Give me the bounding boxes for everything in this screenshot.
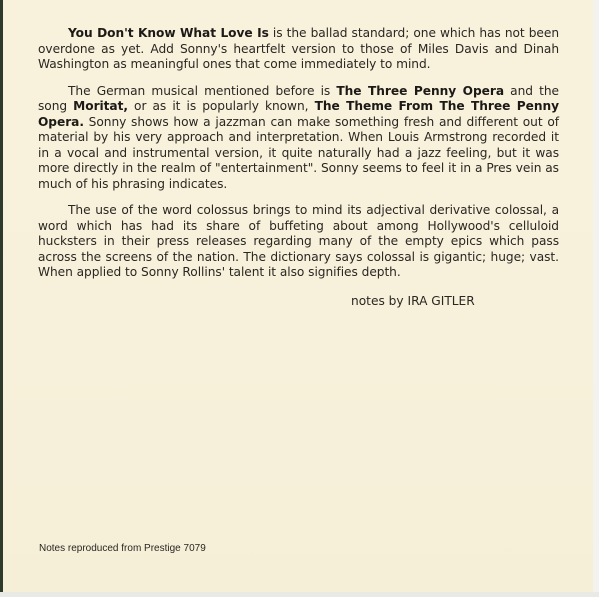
author-signature: notes by IRA GITLER bbox=[351, 294, 475, 308]
page-edge-bottom bbox=[0, 592, 599, 597]
paragraph-2: The German musical mentioned before is T… bbox=[38, 84, 559, 193]
title-emphasis: The Three Penny Opera bbox=[336, 84, 504, 98]
paragraph-1: You Don't Know What Love Is is the balla… bbox=[38, 26, 559, 73]
reproduction-note: Notes reproduced from Prestige 7079 bbox=[39, 543, 206, 554]
liner-notes-body: You Don't Know What Love Is is the balla… bbox=[38, 26, 559, 292]
paragraph-3: The use of the word colossus brings to m… bbox=[38, 203, 559, 281]
page-edge-right bbox=[593, 0, 599, 597]
title-emphasis: You Don't Know What Love Is bbox=[68, 26, 269, 40]
body-text: The German musical mentioned before is bbox=[68, 84, 336, 98]
title-emphasis: Moritat, bbox=[73, 99, 128, 113]
body-text: or as it is popularly known, bbox=[128, 99, 315, 113]
body-text: The use of the word colossus brings to m… bbox=[38, 203, 559, 279]
liner-notes-page: You Don't Know What Love Is is the balla… bbox=[0, 0, 594, 592]
body-text: Sonny shows how a jazzman can make somet… bbox=[38, 115, 559, 191]
